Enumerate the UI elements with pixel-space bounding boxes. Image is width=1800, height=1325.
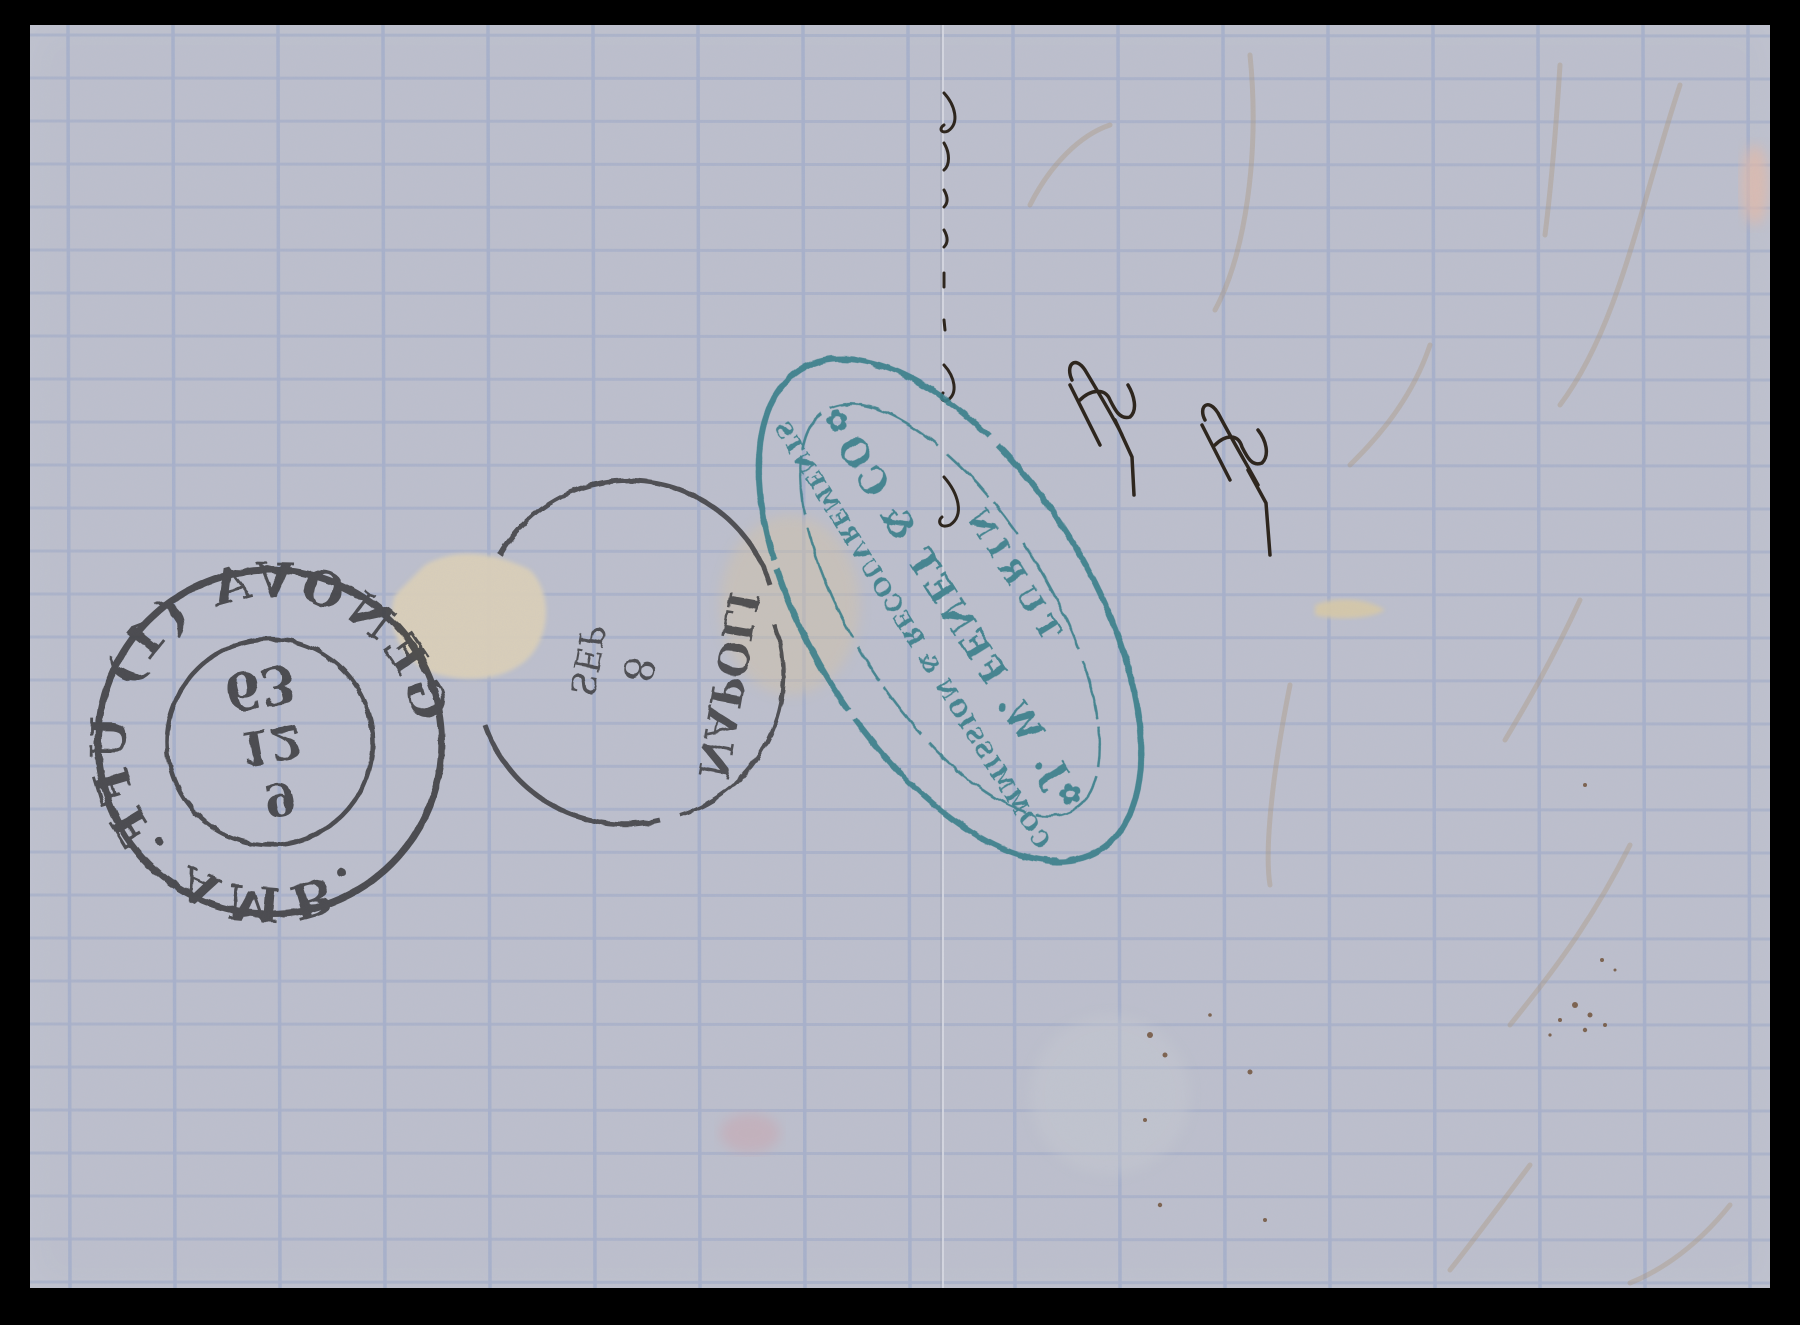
svg-text:12: 12 bbox=[234, 713, 306, 777]
cover-artwork: GENOVA (1) UFF. AMB. 9 12 63 NAPOLI 8 SE… bbox=[30, 25, 1770, 1288]
svg-text:63: 63 bbox=[219, 651, 301, 724]
postal-cover: GENOVA (1) UFF. AMB. 9 12 63 NAPOLI 8 SE… bbox=[30, 25, 1770, 1288]
